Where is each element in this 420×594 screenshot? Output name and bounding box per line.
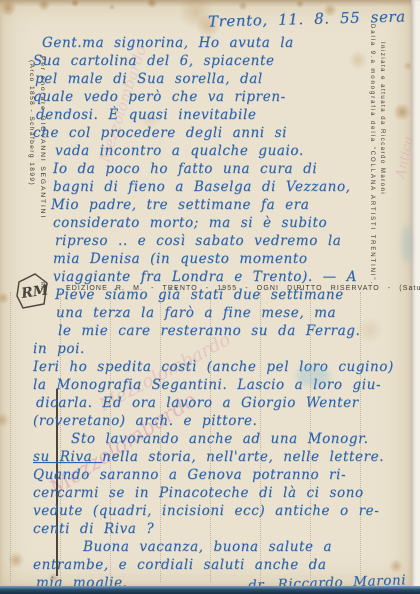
letter-line: dicarla. Ed ora lavoro a Giorgio Wenter <box>36 394 420 412</box>
letter-line: mia Denisa (in questo momento <box>53 250 420 268</box>
ink-smudge <box>296 366 330 386</box>
postcard-scan: Per onorare GIOVANNI SEGANTINI (Arco 185… <box>0 0 420 594</box>
letter-line: Quando saranno a Genova potranno ri- <box>33 466 420 484</box>
letter-line: su Riva nella storia, nell'arte, nelle l… <box>33 448 420 466</box>
letter-line: Ieri ho spedita costì (anche pel loro cu… <box>33 358 420 376</box>
letter-line: centi di Riva ? <box>33 520 420 538</box>
letter-line: Pieve siamo già stati due settimane <box>55 286 420 304</box>
letter-line: ripreso .. e così sabato vedremo la <box>55 232 420 250</box>
letter-line: Sto lavorando anche ad una Monogr. <box>71 430 420 448</box>
letter-line: una terza la farò a fine mese, ma <box>56 304 420 322</box>
letter-line: in poi. <box>33 340 420 358</box>
letter-line: la Monografia Segantini. Lascio a loro g… <box>33 376 420 394</box>
handwritten-letter: Gent.ma signorina, Ho avuta la Sua carto… <box>0 34 420 592</box>
letter-line: cercarmi se in Pinacoteche di là ci sono <box>33 484 420 502</box>
letter-line: vedute (quadri, incisioni ecc) antiche o… <box>33 502 420 520</box>
letter-line: dendosi. È quasi inevitabile <box>36 106 420 124</box>
letter-line: vada incontro a qualche guaio. <box>55 142 420 160</box>
letter-line: entrambe, e cordiali saluti anche da <box>33 556 420 574</box>
letter-line: considerato morto; ma si è subito <box>53 214 420 232</box>
letter-line: Buona vacanza, buona salute a <box>83 538 420 556</box>
letter-line: le mie care resteranno su da Ferrag. <box>58 322 420 340</box>
letter-line: Sua cartolina del 6, spiacente <box>33 52 420 70</box>
letter-line: (roveretano) arch. e pittore. <box>33 412 420 430</box>
letter-line: Gent.ma signorina, Ho avuta la <box>42 34 420 52</box>
letter-line: bagni di fieno a Baselga di Vezzano, <box>53 178 420 196</box>
underlined-words: su Riva <box>33 449 102 465</box>
letter-line: che col procedere degli anni si <box>33 124 420 142</box>
letter-line-rest: nella storia, nell'arte, nelle lettere. <box>102 449 384 465</box>
letter-line: Io da poco ho fatto una cura di <box>53 160 420 178</box>
bottom-edge-band <box>0 586 420 594</box>
letter-line: quale vedo però che va ripren- <box>33 88 420 106</box>
ink-smudge <box>402 225 411 263</box>
letter-line: viaggiante fra Londra e Trento). — A <box>53 268 420 286</box>
letter-line: pel male di Sua sorella, dal <box>35 70 420 88</box>
letter-line: Mio padre, tre settimane fa era <box>51 196 420 214</box>
